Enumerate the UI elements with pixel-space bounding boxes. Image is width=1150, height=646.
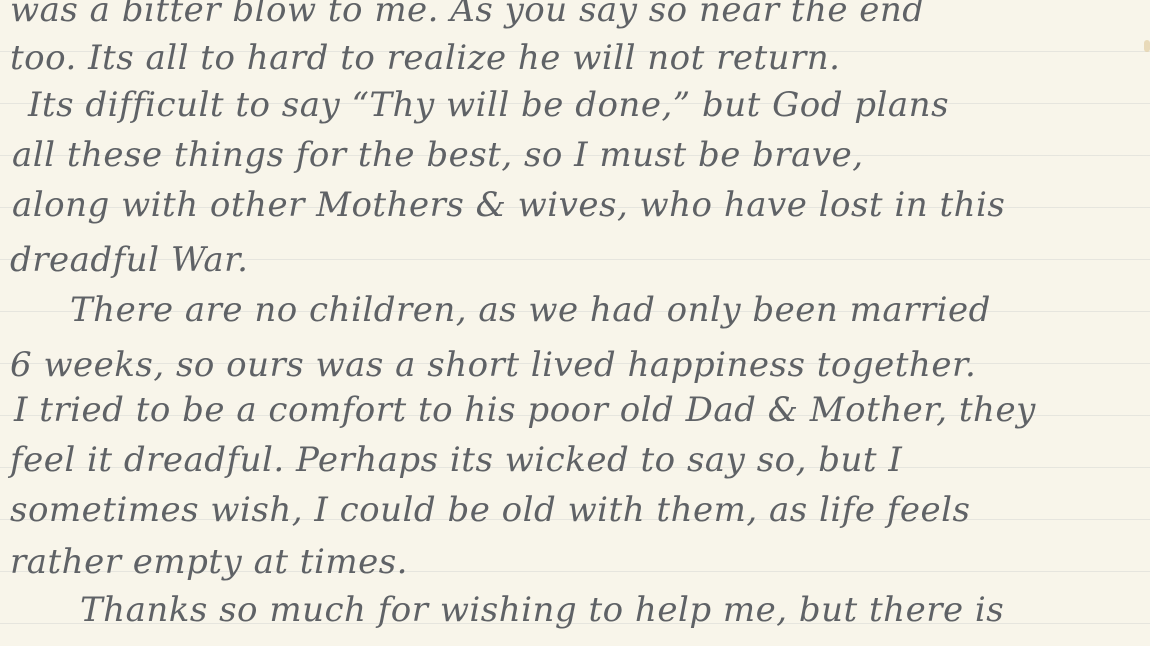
letter-line-10: feel it dreadful. Perhaps its wicked to … xyxy=(10,440,902,480)
letter-page: was a bitter blow to me. As you say so n… xyxy=(0,0,1150,646)
letter-line-12: rather empty at times. xyxy=(10,542,408,582)
letter-line-13: Thanks so much for wishing to help me, b… xyxy=(80,590,1004,630)
letter-line-2: too. Its all to hard to realize he will … xyxy=(10,38,841,78)
letter-line-9: I tried to be a comfort to his poor old … xyxy=(14,390,1036,430)
letter-line-4: all these things for the best, so I must… xyxy=(12,135,864,175)
letter-line-7: There are no children, as we had only be… xyxy=(70,290,991,330)
letter-line-8: 6 weeks, so ours was a short lived happi… xyxy=(10,345,976,385)
letter-line-3: Its difficult to say “Thy will be done,”… xyxy=(28,85,949,125)
paper-stain xyxy=(1144,40,1150,52)
letter-line-6: dreadful War. xyxy=(10,240,248,280)
letter-line-1: was a bitter blow to me. As you say so n… xyxy=(10,0,925,30)
letter-line-11: sometimes wish, I could be old with them… xyxy=(10,490,970,530)
letter-line-5: along with other Mothers & wives, who ha… xyxy=(12,185,1005,225)
